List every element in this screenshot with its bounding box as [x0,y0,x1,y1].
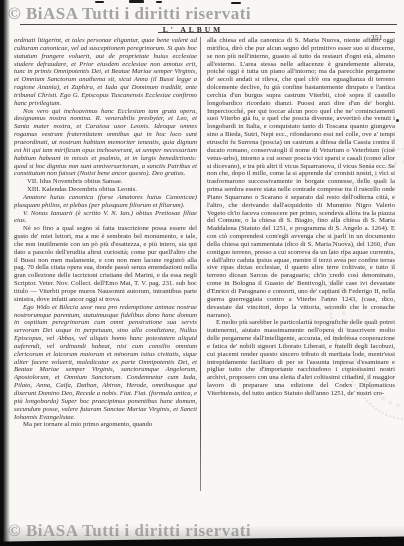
page-title: L' ALBUM [0,25,386,34]
scan-speck [396,119,399,122]
paragraph: ordinati litigerint, et tales personae e… [14,37,197,108]
obit-line: XIII. Kalendas Decembris obitus Leonis. [14,186,197,194]
right-column: alla chiesa ed alla canonica di S. Maria… [207,37,395,493]
paragraph: V. Nonas Ianuarii (è scritto V. N. Ian.)… [14,210,197,226]
column-divider [200,37,201,491]
scanned-journal-page: © BiASA Tutti i diritti riservati © BiAS… [0,0,404,546]
scan-speck [231,2,241,4]
scan-speck [156,1,162,3]
paragraph: alla chiesa ed alla canonica di S. Maria… [207,37,395,319]
scan-speck [129,0,144,3]
obit-line: VII. Idus Novembris obitus Sansae. [14,178,197,186]
scan-speck [95,1,104,3]
paragraph: E molto più sarebber le particolarità to… [207,319,395,397]
left-column: ordinati litigerint, et tales personae e… [14,37,197,493]
copyright-watermark-top: © BiASA Tutti i diritti riservati [8,4,251,24]
paragraph: Nè so fino a qual segno sì fatta trascri… [14,225,197,303]
paragraph: Nos vero qui inchoavimus hanc Ecclesiam … [14,108,197,179]
paragraph: Amatore huius canonica (forse Amatores h… [14,194,197,210]
paragraph: Ego Wido et Bilecia uxor mea pro redempt… [14,304,197,422]
scan-edge-left [0,0,10,546]
page-number: 351 [371,34,383,42]
paragraph: Ma per tornare al mio primo argomento, q… [14,421,197,429]
